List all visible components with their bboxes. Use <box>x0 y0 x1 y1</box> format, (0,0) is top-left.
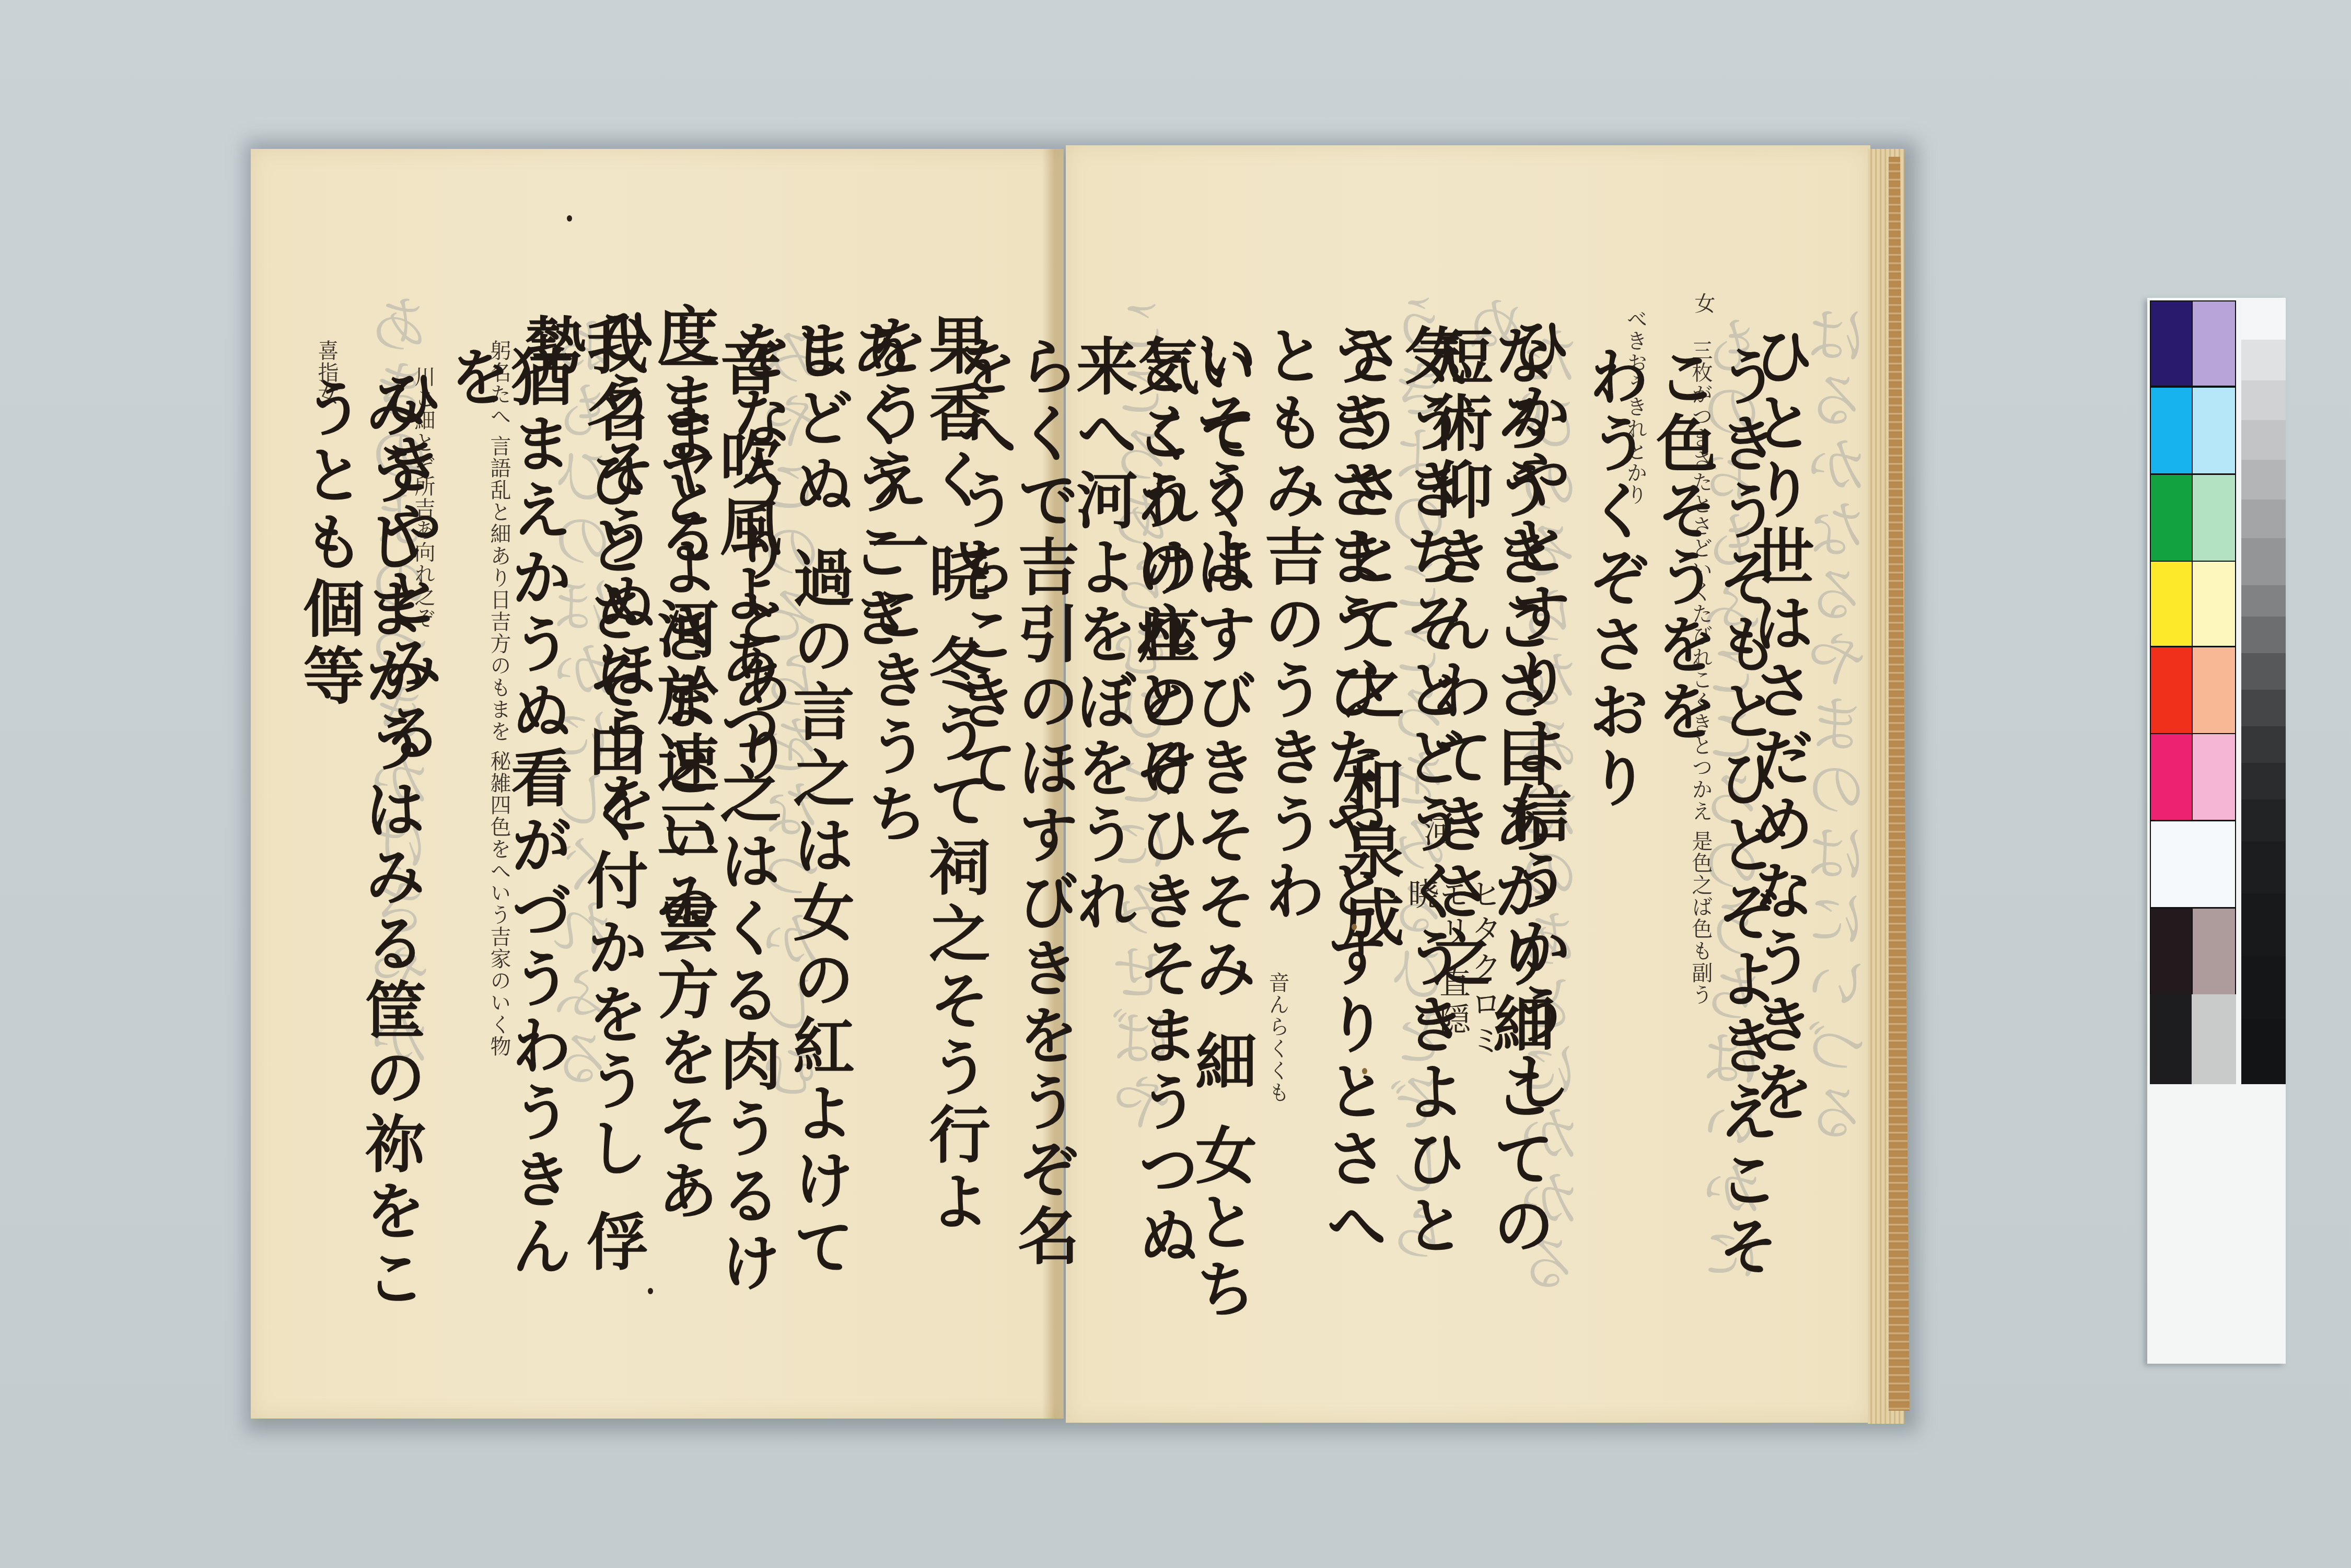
gray-step <box>2241 956 2286 1019</box>
gray-step <box>2241 841 2286 893</box>
color-patch-light-green <box>2192 474 2236 562</box>
gray-step <box>2241 1019 2286 1084</box>
color-patch-light-yellow <box>2192 561 2236 647</box>
gray-step <box>2241 690 2286 726</box>
gray-step <box>2241 653 2286 690</box>
color-patch-green <box>2150 474 2193 562</box>
gray-step <box>2241 380 2286 420</box>
color-patch-black <box>2150 994 2193 1084</box>
color-patch-salmon <box>2192 646 2236 734</box>
text-column: 猶まえかうぬ看がづうわうきんを <box>444 345 567 1311</box>
text-column: わうくぞさおり <box>1583 345 1645 815</box>
color-patch-white <box>2150 820 2236 908</box>
color-patch-red <box>2150 646 2193 734</box>
gray-step <box>2241 617 2286 653</box>
color-patch-yellow <box>2150 561 2193 647</box>
gray-step <box>2241 585 2286 617</box>
color-patch-light-gray <box>2192 994 2236 1084</box>
gray-step <box>2241 340 2286 380</box>
color-patch-light-cyan <box>2192 387 2236 474</box>
text-column: うきうそもとひとぞよきえこそこ色そうをを <box>1651 345 1774 1338</box>
color-patch-black-brown <box>2150 908 2193 995</box>
color-patch-cyan <box>2150 387 2193 474</box>
color-patch-magenta <box>2150 733 2193 821</box>
color-patch-lavender <box>2192 300 2236 387</box>
gray-step <box>2241 763 2286 799</box>
gray-step <box>2241 799 2286 841</box>
gray-step <box>2241 726 2286 763</box>
gray-step <box>2241 538 2286 585</box>
gray-step <box>2241 420 2286 460</box>
color-patch-taupe <box>2192 908 2236 995</box>
gray-step <box>2241 893 2286 956</box>
annotation-column: 音んらくくも <box>1267 972 1288 1181</box>
color-patch-pink <box>2192 733 2236 821</box>
ink-spot <box>1362 1068 1367 1074</box>
ink-spot <box>648 1288 653 1294</box>
gray-step <box>2241 300 2286 340</box>
gray-step <box>2241 500 2286 538</box>
ink-spot <box>567 215 572 222</box>
gray-step <box>2241 460 2286 500</box>
color-patch-dark-blue <box>2150 300 2193 387</box>
color-calibration-chart <box>2147 298 2286 1364</box>
ink-spot <box>1352 924 1357 930</box>
text-column: 気くれの座のけひきそまうつぬ来へ河よをぼをうれ <box>1071 334 1194 1327</box>
text-column: みうしまかうはみる筐の祢をこうとも個等 <box>298 376 421 1369</box>
